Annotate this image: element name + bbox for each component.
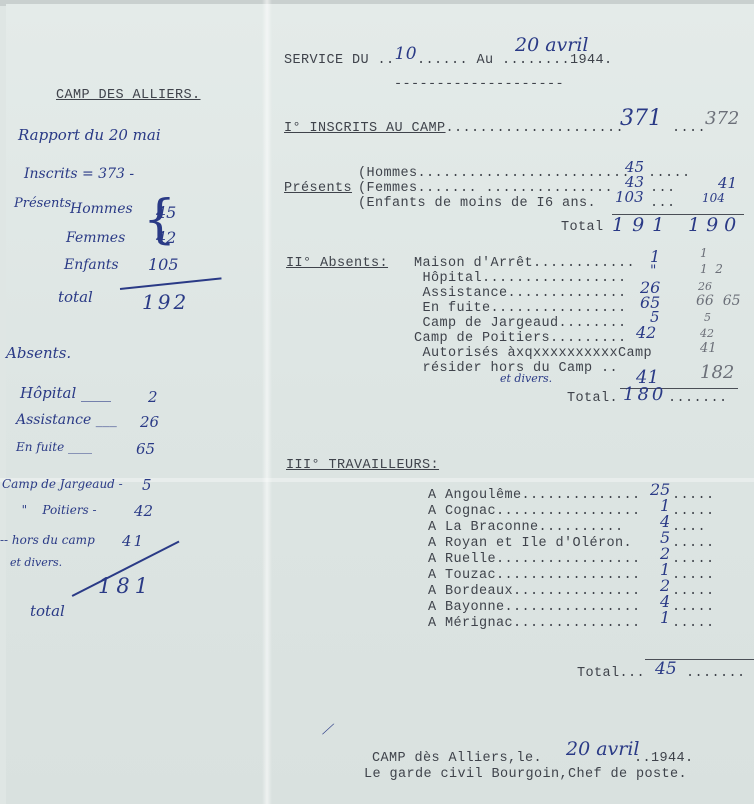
travailleurs-row: A Royan et Ile d'Oléron. <box>428 536 632 551</box>
presents-total-correction: 190 <box>688 214 742 236</box>
absents-hors-camp-correction: 182 <box>700 362 734 383</box>
service-mid: ...... Au <box>417 53 502 68</box>
absents-autorises-correction: 41 <box>700 341 717 356</box>
presents-enfants-correction: 104 <box>702 191 725 205</box>
travailleurs-row: A Bayonne................ <box>428 600 641 615</box>
margin-absents-total: 181 <box>98 574 153 598</box>
travailleurs-row: A Bordeaux............... <box>428 584 641 599</box>
presents-enfants-value: 103 <box>615 188 644 206</box>
absents-assistance-correction: 26 <box>698 280 712 293</box>
travailleurs-dots: ..... <box>672 536 715 551</box>
margin-absent-value: 42 <box>134 502 153 520</box>
absents-jargeaud-correction: 5 <box>704 311 711 324</box>
footer-signature: Le garde civil Bourgoin,Chef de poste. <box>364 767 687 782</box>
inscrits-correction: 372 <box>705 108 739 129</box>
margin-absents-total-label: total <box>30 602 65 620</box>
presents-femmes-correction: 41 <box>718 174 737 192</box>
travailleurs-dots: ..... <box>672 616 715 631</box>
margin-enfants-label: Enfants <box>64 257 119 273</box>
margin-absent-row: " Poitiers - <box>14 503 97 517</box>
travailleurs-total-dots: ....... <box>686 666 746 681</box>
camp-title: CAMP DES ALLIERS. <box>56 88 201 103</box>
travailleurs-total-label: Total... <box>577 666 645 681</box>
margin-absent-row: Camp de Jargeaud - <box>2 477 123 491</box>
margin-absents-label: Absents. <box>6 344 71 362</box>
absents-row-maison-arret: Maison d'Arrêt............ <box>414 256 635 271</box>
presents-femmes-dots: ... <box>650 181 676 196</box>
service-prefix: SERVICE DU <box>284 53 378 68</box>
absents-poitiers-correction: 42 <box>700 327 714 340</box>
travailleurs-total-value: 45 <box>655 659 677 679</box>
margin-absent-row: En fuite ____ <box>16 440 92 454</box>
inscrits-value: 371 <box>620 106 662 131</box>
margin-absent-value: 26 <box>140 413 159 431</box>
absents-total-value: 180 <box>623 384 666 405</box>
inscrits-dots: ..................... <box>446 121 625 136</box>
margin-absent-value: 65 <box>136 440 155 458</box>
section-inscrits: I° INSCRITS AU CAMP..................... <box>284 121 624 136</box>
absents-row-assistance: Assistance.............. <box>414 286 627 301</box>
footer-date: 20 avril <box>566 738 640 760</box>
travailleurs-row: A Ruelle................. <box>428 552 641 567</box>
presents-enfants-dots: ... <box>650 196 676 211</box>
absents-note: et divers. <box>500 372 552 385</box>
travailleurs-dots: ..... <box>672 600 715 615</box>
margin-femmes-label: Femmes <box>66 230 125 246</box>
stray-mark: ⟋ <box>322 722 332 738</box>
absents-row-hopital: Hôpital................. <box>414 271 627 286</box>
inscrits-trailing-dots: .... <box>672 121 706 136</box>
absents-row-poitiers: Camp de Poitiers......... <box>414 331 627 346</box>
travailleurs-dots: .... <box>672 520 706 535</box>
travailleurs-row: A Touzac................. <box>428 568 641 583</box>
margin-hommes-label: Hommes <box>70 201 133 217</box>
travailleurs-dots: ..... <box>672 504 715 519</box>
margin-absent-row: Assistance ___ <box>16 412 117 428</box>
paper-fold-vertical <box>262 0 272 804</box>
inscrits-label: I° INSCRITS AU CAMP <box>284 121 446 136</box>
presents-row-femmes: (Femmes....... ............... <box>358 181 613 196</box>
travailleurs-row: A La Braconne.......... <box>428 520 632 535</box>
margin-enfants-value: 105 <box>148 255 179 274</box>
presents-label: Présents <box>284 181 352 196</box>
margin-presents-total: 192 <box>142 290 189 314</box>
service-to-date: 20 avril <box>515 34 589 56</box>
travailleurs-dots: ..... <box>672 552 715 567</box>
margin-inscrits: Inscrits = 373 - <box>24 166 134 182</box>
margin-presents-label: Présents <box>14 196 71 211</box>
presents-total-label: Total <box>561 220 604 235</box>
travailleurs-dots: ..... <box>672 584 715 599</box>
margin-presents-total-label: total <box>58 288 93 306</box>
margin-absent-row: -- hors du camp <box>0 533 95 547</box>
service-from-date: 10 <box>395 44 417 64</box>
travailleurs-dots: ..... <box>672 488 715 503</box>
header-separator: -------------------- <box>394 77 564 92</box>
travailleurs-label: III° TRAVAILLEURS: <box>286 458 439 473</box>
margin-report-title: Rapport du 20 mai <box>18 126 161 144</box>
absents-total-label: Total. <box>567 391 618 406</box>
absents-poitiers-value: 42 <box>636 323 656 342</box>
margin-brace: { <box>143 194 176 246</box>
absents-row-jargeaud: Camp de Jargeaud........ <box>414 316 627 331</box>
service-from-dots: .. <box>378 53 395 68</box>
absents-label: II° Absents: <box>286 256 388 271</box>
absents-hopital-value: " <box>650 263 656 279</box>
absents-total-dots: ....... <box>668 391 728 406</box>
presents-hommes-dots: ..... <box>648 166 691 181</box>
travailleurs-value: 1 <box>660 608 670 627</box>
travailleurs-dots: ..... <box>672 568 715 583</box>
presents-row-enfants: (Enfants de moins de I6 ans. <box>358 196 596 211</box>
margin-absents-note: et divers. <box>10 556 62 569</box>
absents-en-fuite-correction: 66 65 <box>696 293 741 309</box>
margin-absent-value: 2 <box>148 388 158 406</box>
margin-absent-value: 5 <box>142 476 152 494</box>
absents-hopital-correction: 1 2 <box>700 262 723 276</box>
footer-place-date: CAMP dès Alliers,le...1944. <box>372 751 694 766</box>
footer-place: CAMP dès Alliers,le. <box>372 751 542 766</box>
travailleurs-row: A Mérignac............... <box>428 616 641 631</box>
absents-row-en-fuite: En fuite................ <box>414 301 627 316</box>
presents-row-hommes: (Hommes......................... <box>358 166 630 181</box>
presents-total-value: 191 <box>612 214 672 236</box>
travailleurs-row: A Angoulême.............. <box>428 488 641 503</box>
travailleurs-row: A Cognac................. <box>428 504 641 519</box>
footer-year: ..1944. <box>634 751 694 766</box>
margin-absent-value: 41 <box>122 532 145 550</box>
margin-absent-row: Hôpital ____ <box>20 384 111 402</box>
absents-maison-arret-correction: 1 <box>700 246 708 260</box>
absents-row-autorises: Autorisés àxqxxxxxxxxxxCamp <box>414 346 652 361</box>
